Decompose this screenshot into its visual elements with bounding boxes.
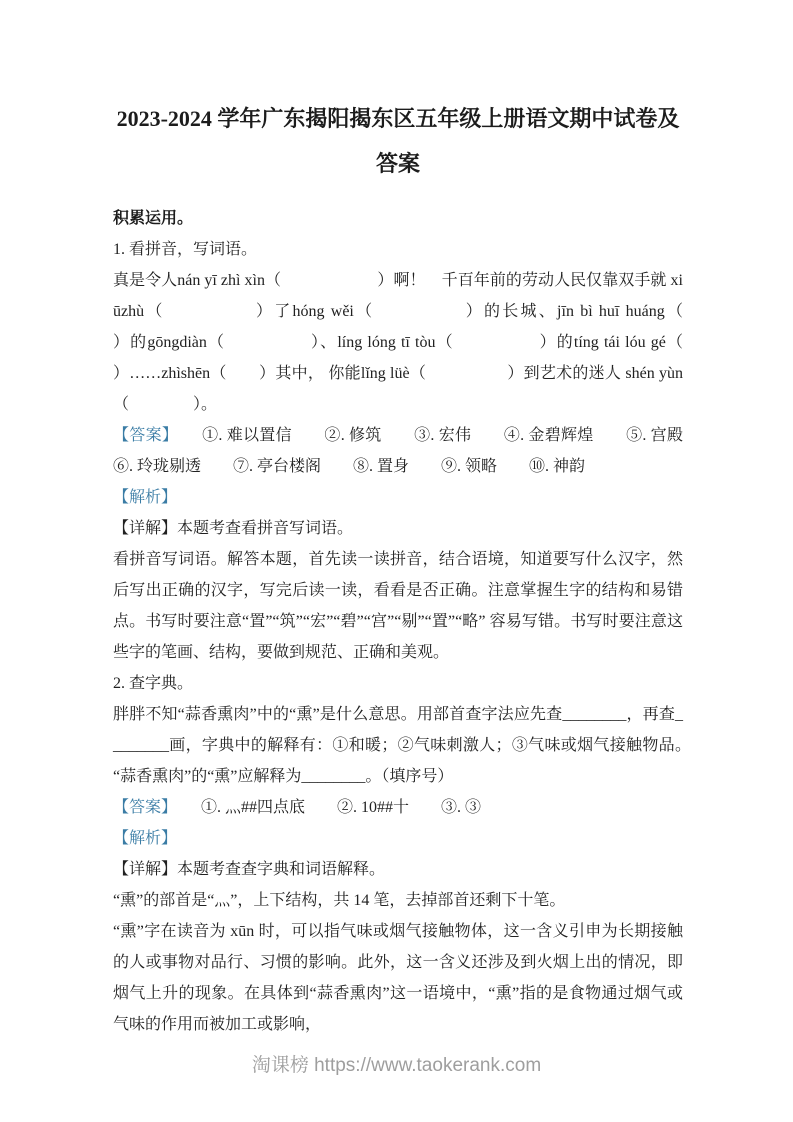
- page-title: 2023-2024 学年广东揭阳揭东区五年级上册语文期中试卷及答案: [113, 96, 683, 186]
- q2-stem: 胖胖不知“蒜香熏肉”中的“熏”是什么意思。用部首查字法应先查________，再…: [113, 699, 683, 792]
- document-content: 2023-2024 学年广东揭阳揭东区五年级上册语文期中试卷及答案 积累运用。 …: [113, 96, 683, 1040]
- q2-detail-line: 【详解】本题考查查字典和词语解释。: [113, 854, 683, 885]
- footer-watermark-text: 淘课榜 https://www.taokerank.com: [252, 1055, 541, 1076]
- exam-paper-page: 2023-2024 学年广东揭阳揭东区五年级上册语文期中试卷及答案 积累运用。 …: [0, 0, 793, 1122]
- q1-explanation: 看拼音写词语。解答本题，首先读一读拼音，结合语境，知道要写什么汉字，然后写出正确…: [113, 544, 683, 668]
- q2-answer-items: ①. 灬##四点底 ②. 10##十 ③. ③: [201, 799, 481, 816]
- section-heading: 积累运用。: [113, 203, 683, 234]
- q2-analysis-label: 【解析】: [113, 823, 683, 854]
- q2-explanation-meaning: “熏”字在读音为 xūn 时，可以指气味或烟气接触物体，这一含义引申为长期接触的…: [113, 916, 683, 1040]
- q2-explanation-radical: “熏”的部首是“灬”，上下结构，共 14 笔，去掉部首还剩下十笔。: [113, 885, 683, 916]
- q2-answer-label: 【答案】: [113, 799, 177, 816]
- q1-answer-items: ①. 难以置信 ②. 修筑 ③. 宏伟 ④. 金碧辉煌 ⑤. 宫殿 ⑥. 玲珑剔…: [113, 427, 715, 475]
- q1-answer-label: 【答案】: [113, 427, 178, 444]
- q2-answer-line: 【答案】①. 灬##四点底 ②. 10##十 ③. ③: [113, 792, 683, 823]
- q1-answer-line: 【答案】①. 难以置信 ②. 修筑 ③. 宏伟 ④. 金碧辉煌 ⑤. 宫殿 ⑥.…: [113, 420, 683, 482]
- q1-stem: 真是令人nán yī zhì xìn（ ）啊！ 千百年前的劳动人民仅靠双手就 x…: [113, 265, 683, 420]
- q1-analysis-label: 【解析】: [113, 482, 683, 513]
- q2-title: 2. 查字典。: [113, 668, 683, 699]
- q1-detail-line: 【详解】本题考查看拼音写词语。: [113, 513, 683, 544]
- footer: 淘课榜 https://www.taokerank.com: [0, 1050, 793, 1081]
- q1-title: 1. 看拼音，写词语。: [113, 234, 683, 265]
